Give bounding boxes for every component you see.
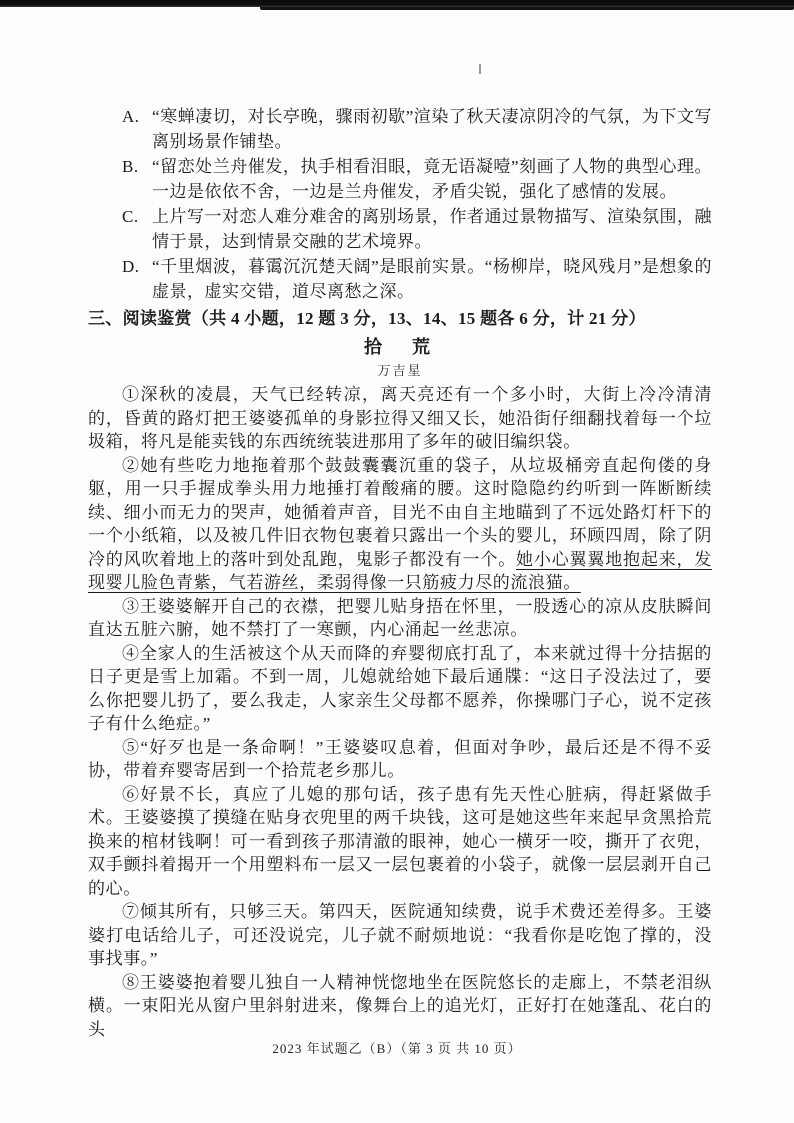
paragraph-text: ⑦倾其所有，只够三天。第四天，医院通知续费，说手术费还差得多。王婆婆打电话给儿子… xyxy=(88,902,712,968)
choice-option-a: A. “寒蝉凄切，对长亭晚，骤雨初歇”渲染了秋天凄凉阴冷的气氛，为下文写离别场景… xyxy=(88,104,712,154)
essay-author: 万吉星 xyxy=(88,360,712,381)
option-label: B. xyxy=(122,154,152,204)
paragraph-text: ⑤“好歹也是一条命啊！”王婆婆叹息着，但面对争吵，最后还是不得不妥协，带着弃婴寄… xyxy=(88,738,712,781)
essay-paragraph-2: ②她有些吃力地拖着那个鼓鼓囊囊沉重的袋子，从垃圾桶旁直起佝偻的身躯，用一只手握成… xyxy=(88,454,712,595)
registration-mark xyxy=(479,64,481,74)
choice-options: A. “寒蝉凄切，对长亭晚，骤雨初歇”渲染了秋天凄凉阴冷的气氛，为下文写离别场景… xyxy=(88,104,712,304)
page-content: A. “寒蝉凄切，对长亭晚，骤雨初歇”渲染了秋天凄凉阴冷的气氛，为下文写离别场景… xyxy=(88,104,712,1041)
paragraph-text: ①深秋的凌晨，天气已经转凉，离天亮还有一个多小时，大街上冷冷清清的，昏黄的路灯把… xyxy=(88,385,712,451)
essay-paragraph-4: ④全家人的生活被这个从天而降的弃婴彻底打乱了，本来就过得十分拮据的日子更是雪上加… xyxy=(88,642,712,736)
essay-paragraph-6: ⑥好景不长，真应了儿媳的那句话，孩子患有先天性心脏病，得赶紧做手术。王婆婆摸了摸… xyxy=(88,783,712,901)
option-text: “留恋处兰舟催发，执手相看泪眼，竟无语凝噎”刻画了人物的典型心理。一边是依依不舍… xyxy=(152,154,712,204)
choice-option-b: B. “留恋处兰舟催发，执手相看泪眼，竟无语凝噎”刻画了人物的典型心理。一边是依… xyxy=(88,154,712,204)
scan-edge-artifact-taper xyxy=(260,7,794,10)
essay-paragraph-1: ①深秋的凌晨，天气已经转凉，离天亮还有一个多小时，大街上冷冷清清的，昏黄的路灯把… xyxy=(88,383,712,454)
scan-edge-artifact xyxy=(0,0,794,7)
essay-body: ①深秋的凌晨，天气已经转凉，离天亮还有一个多小时，大街上冷冷清清的，昏黄的路灯把… xyxy=(88,383,712,1041)
paragraph-text: ④全家人的生活被这个从天而降的弃婴彻底打乱了，本来就过得十分拮据的日子更是雪上加… xyxy=(88,644,712,734)
option-label: D. xyxy=(122,254,152,304)
choice-option-d: D. “千里烟波，暮霭沉沉楚天阔”是眼前实景。“杨柳岸，晓风残月”是想象的虚景，… xyxy=(88,254,712,304)
paragraph-text: ⑥好景不长，真应了儿媳的那句话，孩子患有先天性心脏病，得赶紧做手术。王婆婆摸了摸… xyxy=(88,785,712,898)
option-text: “寒蝉凄切，对长亭晚，骤雨初歇”渲染了秋天凄凉阴冷的气氛，为下文写离别场景作铺垫… xyxy=(152,104,712,154)
exam-paper-page: { "choices": { "items": [ {"label": "A."… xyxy=(0,0,794,1123)
option-text: 上片写一对恋人难分难舍的离别场景，作者通过景物描写、渲染氛围，融情于景，达到情景… xyxy=(152,204,712,254)
paragraph-text: ③王婆婆解开自己的衣襟，把婴儿贴身捂在怀里，一股透心的凉从皮肤瞬间直达五脏六腑，… xyxy=(88,597,712,640)
page-footer: 2023 年试题乙（B）（第 3 页 共 10 页） xyxy=(0,1038,794,1057)
section-heading: 三、阅读鉴赏（共 4 小题，12 题 3 分，13、14、15 题各 6 分，计… xyxy=(88,306,712,332)
option-text: “千里烟波，暮霭沉沉楚天阔”是眼前实景。“杨柳岸，晓风残月”是想象的虚景，虚实交… xyxy=(152,254,712,304)
essay-title: 拾 荒 xyxy=(88,334,712,360)
option-label: C. xyxy=(122,204,152,254)
essay-paragraph-8: ⑧王婆婆抱着婴儿独自一人精神恍惚地坐在医院悠长的走廊上，不禁老泪纵横。一束阳光从… xyxy=(88,971,712,1042)
essay-paragraph-3: ③王婆婆解开自己的衣襟，把婴儿贴身捂在怀里，一股透心的凉从皮肤瞬间直达五脏六腑，… xyxy=(88,595,712,642)
paragraph-text: ⑧王婆婆抱着婴儿独自一人精神恍惚地坐在医院悠长的走廊上，不禁老泪纵横。一束阳光从… xyxy=(88,973,712,1039)
essay-paragraph-7: ⑦倾其所有，只够三天。第四天，医院通知续费，说手术费还差得多。王婆婆打电话给儿子… xyxy=(88,900,712,971)
choice-option-c: C. 上片写一对恋人难分难舍的离别场景，作者通过景物描写、渲染氛围，融情于景，达… xyxy=(88,204,712,254)
essay-paragraph-5: ⑤“好歹也是一条命啊！”王婆婆叹息着，但面对争吵，最后还是不得不妥协，带着弃婴寄… xyxy=(88,736,712,783)
option-label: A. xyxy=(122,104,152,154)
